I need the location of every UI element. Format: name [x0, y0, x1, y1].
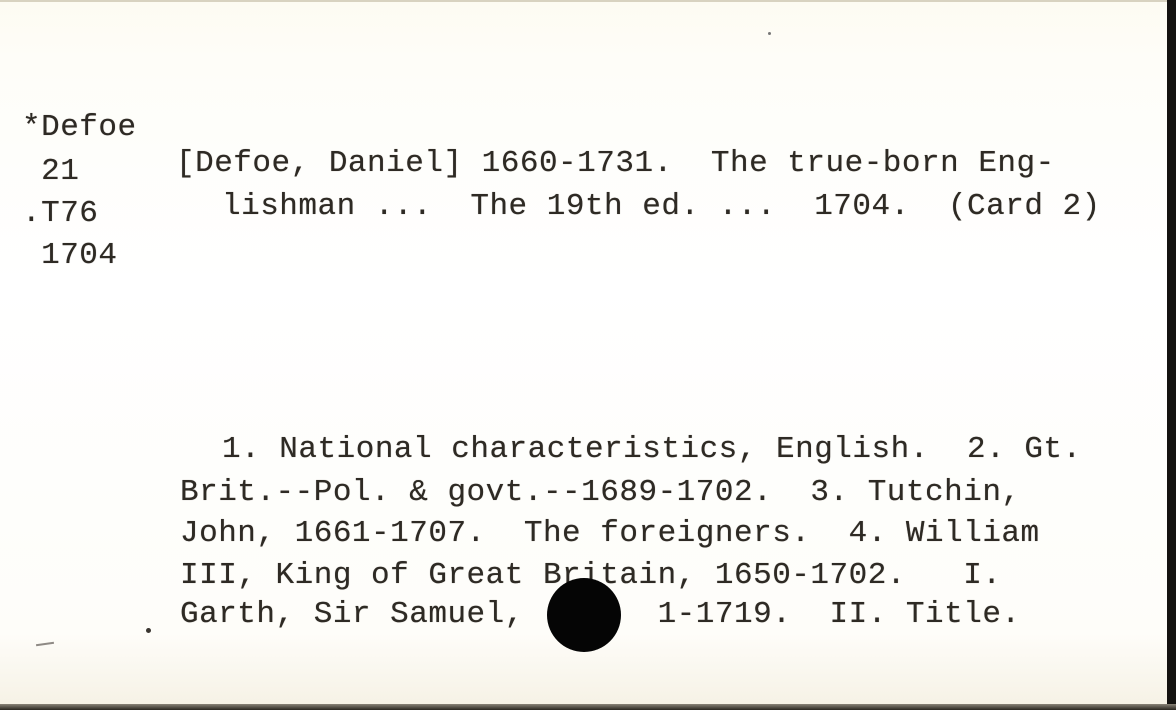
ink-speck [768, 32, 771, 35]
pencil-mark [36, 642, 54, 646]
card-edge-shadow [1167, 0, 1176, 710]
call-number-line-2: 21 [22, 156, 79, 187]
main-entry-line-1: [Defoe, Daniel] 1660-1731. The true-born… [176, 148, 1055, 179]
tracing-line-1: 1. National characteristics, English. 2.… [222, 434, 1082, 465]
punch-hole [547, 578, 621, 652]
tracing-line-2: Brit.--Pol. & govt.--1689-1702. 3. Tutch… [180, 477, 1021, 508]
call-number-line-3: .T76 [22, 198, 98, 229]
card-bottom-edge [0, 704, 1176, 710]
main-entry-line-2: lishman ... The 19th ed. ... 1704. (Card… [222, 191, 1101, 222]
call-number-line-4: 1704 [22, 240, 118, 271]
ink-speck [146, 628, 151, 633]
tracing-line-3: John, 1661-1707. The foreigners. 4. Will… [180, 518, 1040, 549]
call-number-line-1: *Defoe [22, 112, 137, 143]
catalog-card: *Defoe 21 .T76 1704 [Defoe, Daniel] 1660… [0, 0, 1168, 704]
